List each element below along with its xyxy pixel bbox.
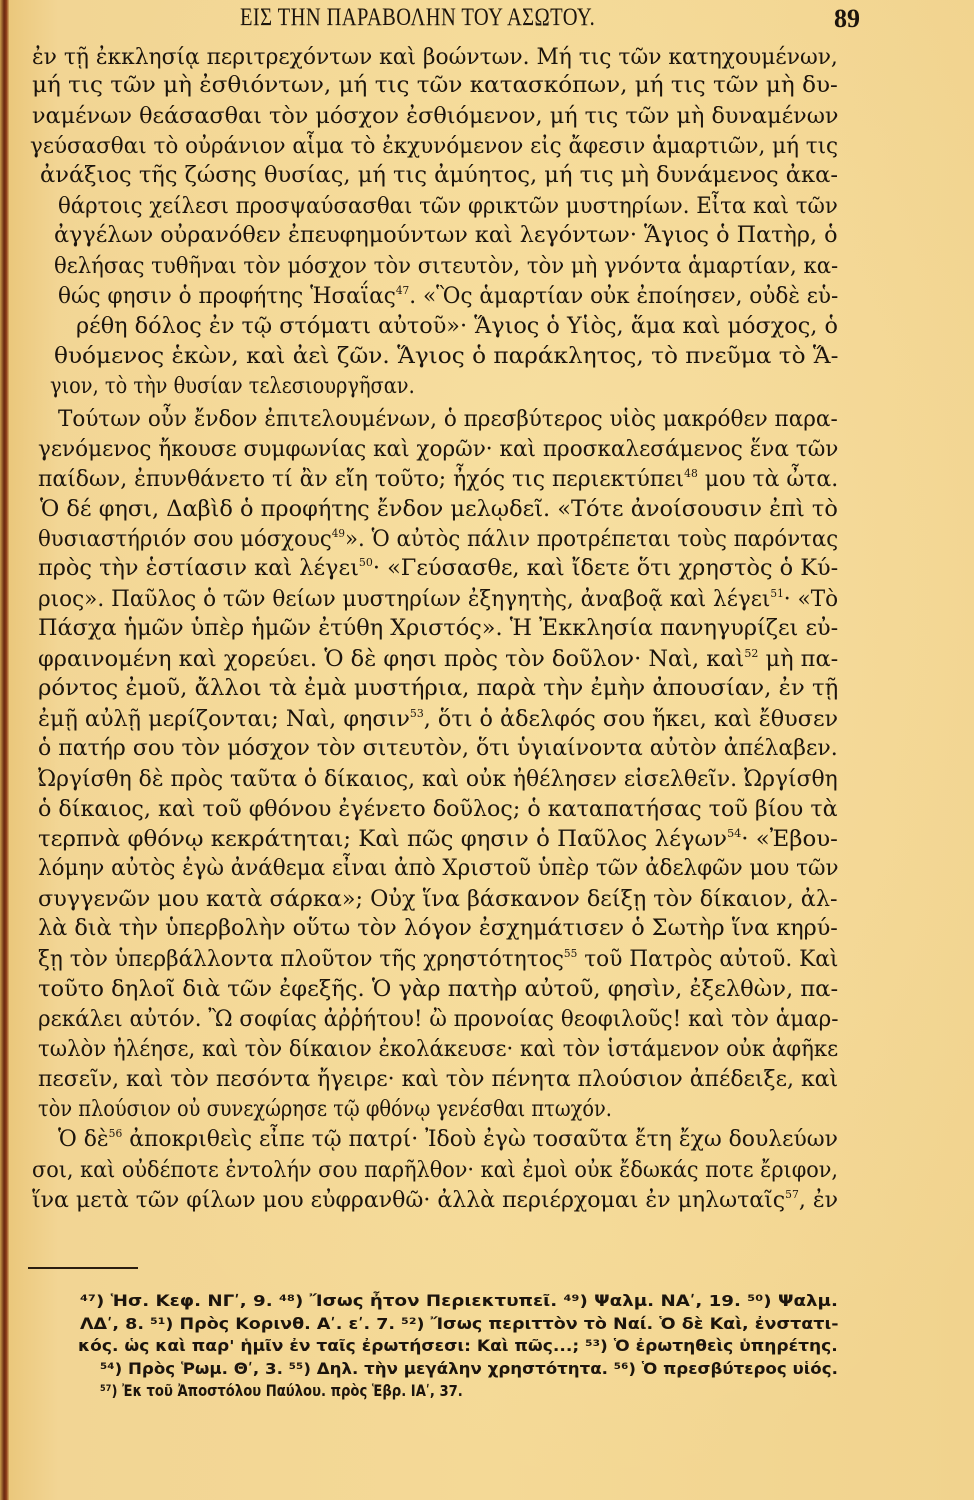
text-line: λὰ διὰ τὴν ὑπερβολὴν οὕτω τὸν λόγον ἐσχη… [38, 913, 838, 943]
footnote-line: ΛΔʹ, 8. ⁵¹) Πρὸς Κορινθ. Αʹ. εʹ. 7. ⁵²) … [80, 1313, 839, 1335]
page-number: 89 [834, 4, 860, 34]
footnote-ref: 54 [727, 827, 741, 840]
text-line: Πάσχα ἡμῶν ὑπὲρ ἡμῶν ἐτύθη Χριστός». Ἡ Ἐ… [38, 613, 838, 643]
text-line: παίδων, ἐπυνθάνετο τί ἂν εἴη τοῦτο; ἦχός… [38, 464, 838, 494]
footnote-line: ⁵⁷) Ἐκ τοῦ Ἀποστόλου Παύλου. πρὸς Ἑβρ. Ι… [100, 1380, 463, 1402]
text-line: μή τις τῶν μὴ ἐσθιόντων, μή τις τῶν κατα… [32, 70, 838, 100]
footnote-line: ⁵⁴) Πρὸς Ῥωμ. Θʹ, 3. ⁵⁵) Δηλ. τὴν μεγάλη… [100, 1358, 838, 1380]
text-line: ριος». Παῦλος ὁ τῶν θείων μυστηρίων ἐξηγ… [38, 584, 838, 614]
footnote-ref: 56 [109, 1127, 123, 1140]
text-line: τὸν πλούσιον οὐ συνεχώρησε τῷ φθόνῳ γενέ… [38, 1094, 612, 1124]
text-line: πρὸς τὴν ἑστίασιν καὶ λέγει50· «Γεύσασθε… [38, 553, 838, 583]
text-line: πεσεῖν, καὶ τὸν πεσόντα ἤγειρε· καὶ τὸν … [38, 1064, 838, 1094]
footnote-ref: 51 [770, 587, 783, 600]
footnote-ref: 47 [396, 284, 409, 297]
text-line: θελήσας τυθῆναι τὸν μόσχον τὸν σιτευτὸν,… [54, 251, 838, 281]
footnote-ref: 55 [564, 947, 577, 960]
text-line: σοι, καὶ οὐδέποτε ἐντολήν σου παρῆλθον· … [32, 1155, 838, 1185]
text-line: Ὠργίσθη δὲ πρὸς ταῦτα ὁ δίκαιος, καὶ οὐκ… [38, 764, 838, 794]
text-line: τερπνὰ φθόνῳ κεκράτηται; Καὶ πῶς φησιν ὁ… [38, 824, 838, 854]
text-line: θυόμενος ἑκὼν, καὶ ἀεὶ ζῶν. Ἅγιος ὁ παρά… [54, 341, 838, 371]
text-line: τωλὸν ἠλέησε, καὶ τὸν δίκαιον ἐκολάκευσε… [38, 1034, 838, 1064]
text-line: ρέθη δόλος ἐν τῷ στόματι αὐτοῦ»· Ἅγιος ὁ… [76, 311, 838, 341]
footnote-ref: 48 [684, 467, 698, 480]
footnote-ref: 52 [744, 647, 758, 660]
text-line: γιον, τὸ τὴν θυσίαν τελεσιουργῆσαν. [50, 371, 415, 401]
text-line: ἀνάξιος τῆς ζώσης θυσίας, μή τις ἀμύητος… [40, 160, 838, 190]
book-page: ΕΙΣ ΤΗΝ ΠΑΡΑΒΟΛΗΝ ΤΟΥ ΑΣΩΤΟΥ. 89 ἐν τῇ ἐ… [0, 0, 974, 1500]
footnote-ref: 57 [785, 1188, 799, 1201]
text-line: θώς φησιν ὁ προφήτης Ἡσαΐας47. «Ὃς ἁμαρτ… [58, 281, 838, 311]
text-line: Ὁ δέ φησι, Δαβὶδ ὁ προφήτης ἔνδον μελῳδε… [40, 494, 838, 524]
text-line: ὁ πατήρ σου τὸν μόσχον τὸν σιτευτὸν, ὅτι… [38, 733, 838, 763]
text-line: θυσιαστήριόν σου μόσχους49». Ὁ αὐτὸς πάλ… [38, 524, 838, 554]
text-line: τοῦτο δηλοῖ διὰ τῶν ἐφεξῆς. Ὁ γὰρ πατὴρ … [38, 974, 838, 1004]
footnote-ref: 50 [359, 556, 373, 569]
text-line: ἀγγέλων οὐρανόθεν ἐπευφημούντων καὶ λεγό… [54, 220, 838, 250]
footnote-divider [28, 1267, 138, 1269]
page-header: ΕΙΣ ΤΗΝ ΠΑΡΑΒΟΛΗΝ ΤΟΥ ΑΣΩΤΟΥ. 89 [100, 4, 860, 44]
footnote-ref: 49 [332, 527, 345, 540]
running-title: ΕΙΣ ΤΗΝ ΠΑΡΑΒΟΛΗΝ ΤΟΥ ΑΣΩΤΟΥ. [240, 4, 595, 32]
text-line: συγγενῶν μου κατὰ σάρκα»; Οὐχ ἵνα βάσκαν… [38, 884, 838, 914]
text-line: Τούτων οὖν ἔνδον ἐπιτελουμένων, ὁ πρεσβύ… [58, 404, 838, 434]
text-line: ρόντος ἐμοῦ, ἄλλοι τὰ ἐμὰ μυστήρια, παρὰ… [38, 673, 838, 703]
footnote-ref: 53 [410, 707, 424, 720]
text-line: Ὁ δὲ56 ἀποκριθεὶς εἶπε τῷ πατρί· Ἰδοὺ ἐγ… [58, 1124, 838, 1154]
text-line: φραινομένη καὶ χορεύει. Ὁ δὲ φησι πρὸς τ… [38, 644, 838, 674]
text-line: ἐν τῇ ἐκκλησίᾳ περιτρεχόντων καὶ βοώντων… [32, 42, 838, 72]
text-line: ρεκάλει αὐτόν. Ὢ σοφίας ἀῤῥήτου! ὢ προνο… [38, 1004, 838, 1034]
footnote-line: ⁴⁷) Ἡσ. Κεφ. ΝΓʹ, 9. ⁴⁸) Ἴσως ἦτον Περιε… [80, 1290, 838, 1312]
text-line: γενόμενος ἤκουσε συμφωνίας καὶ χορῶν· κα… [38, 434, 838, 464]
text-line: ὁ δίκαιος, καὶ τοῦ φθόνου ἐγένετο δοῦλος… [38, 794, 838, 824]
text-line: ναμένων θεάσασθαι τὸν μόσχον ἐσθιόμενον,… [32, 101, 838, 131]
text-line: λόμην αὐτὸς ἐγὼ ἀνάθεμα εἶναι ἀπὸ Χριστο… [38, 853, 838, 883]
text-line: θάρτοις χείλεσι προσψαύσασθαι τῶν φρικτῶ… [58, 191, 838, 221]
footnote-line: κός. ὡς καὶ παρ' ἡμῖν ἐν ταῖς ἐρωτήσεσι:… [78, 1335, 838, 1357]
text-line: ἐμῇ αὐλῇ μερίζονται; Ναὶ, φησιν53, ὅτι ὁ… [38, 704, 838, 734]
text-line: γεύσασθαι τὸ οὐράνιον αἷμα τὸ ἐκχυνόμενο… [30, 131, 838, 161]
text-line: ἵνα μετὰ τῶν φίλων μου εὐφρανθῶ· ἀλλὰ πε… [32, 1185, 838, 1215]
page-spine-edge [0, 0, 9, 1500]
text-line: ξῃ τὸν ὑπερβάλλοντα πλοῦτον τῆς χρηστότη… [38, 944, 838, 974]
